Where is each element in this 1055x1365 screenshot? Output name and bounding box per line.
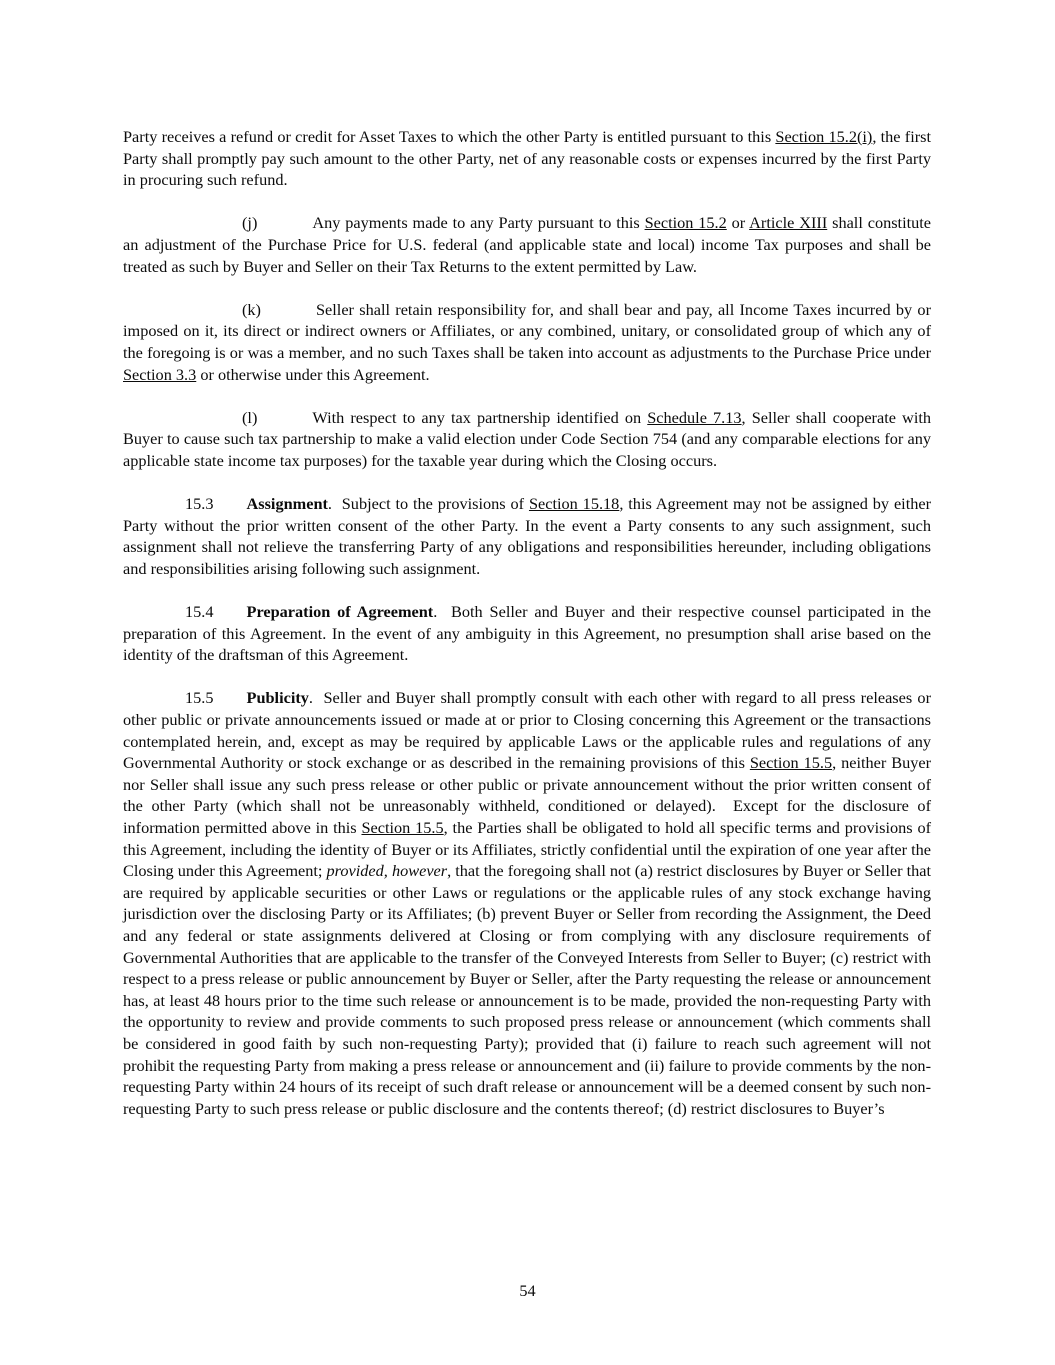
text-run: . Subject to the provisions of (328, 494, 529, 513)
heading-assignment: Assignment (247, 494, 328, 513)
document-body: Party receives a refund or credit for As… (123, 126, 931, 1119)
paragraph-l: (l)With respect to any tax partnership i… (123, 407, 931, 472)
list-marker-l: (l) (242, 408, 257, 427)
section-15-4: 15.4Preparation of Agreement. Both Selle… (123, 601, 931, 666)
ref-schedule-7-13: Schedule 7.13 (647, 408, 741, 427)
section-number-15-4: 15.4 (185, 602, 214, 621)
ref-section-15-5: Section 15.5 (750, 753, 832, 772)
section-number-15-3: 15.3 (185, 494, 214, 513)
text-run: or (727, 213, 749, 232)
proviso-phrase: provided, however (327, 861, 448, 880)
paragraph-continuation: Party receives a refund or credit for As… (123, 126, 931, 191)
section-number-15-5: 15.5 (185, 688, 214, 707)
section-15-3: 15.3Assignment. Subject to the provision… (123, 493, 931, 579)
document-page: Party receives a refund or credit for As… (0, 0, 1055, 1365)
ref-article-xiii: Article XIII (749, 213, 827, 232)
ref-section-15-2: Section 15.2 (645, 213, 727, 232)
paragraph-j: (j)Any payments made to any Party pursua… (123, 212, 931, 277)
heading-preparation-of-agreement: Preparation of Agreement (247, 602, 434, 621)
page-number: 54 (0, 1280, 1055, 1302)
ref-section-15-2-i: Section 15.2(i) (775, 127, 872, 146)
ref-section-3-3: Section 3.3 (123, 365, 196, 384)
section-15-5: 15.5Publicity. Seller and Buyer shall pr… (123, 687, 931, 1119)
text-run: or otherwise under this Agreement. (196, 365, 429, 384)
ref-section-15-18: Section 15.18 (529, 494, 619, 513)
heading-publicity: Publicity (247, 688, 309, 707)
paragraph-k: (k)Seller shall retain responsibility fo… (123, 299, 931, 385)
text-run: Party receives a refund or credit for As… (123, 127, 775, 146)
list-marker-j: (j) (242, 213, 257, 232)
text-run: . Both Seller and Buyer and their respec… (123, 602, 931, 664)
text-run: , that the foregoing shall not (a) restr… (123, 861, 931, 1118)
text-run: Any payments made to any Party pursuant … (312, 213, 644, 232)
ref-section-15-5-second: Section 15.5 (361, 818, 443, 837)
text-run: With respect to any tax partnership iden… (312, 408, 647, 427)
list-marker-k: (k) (242, 300, 261, 319)
